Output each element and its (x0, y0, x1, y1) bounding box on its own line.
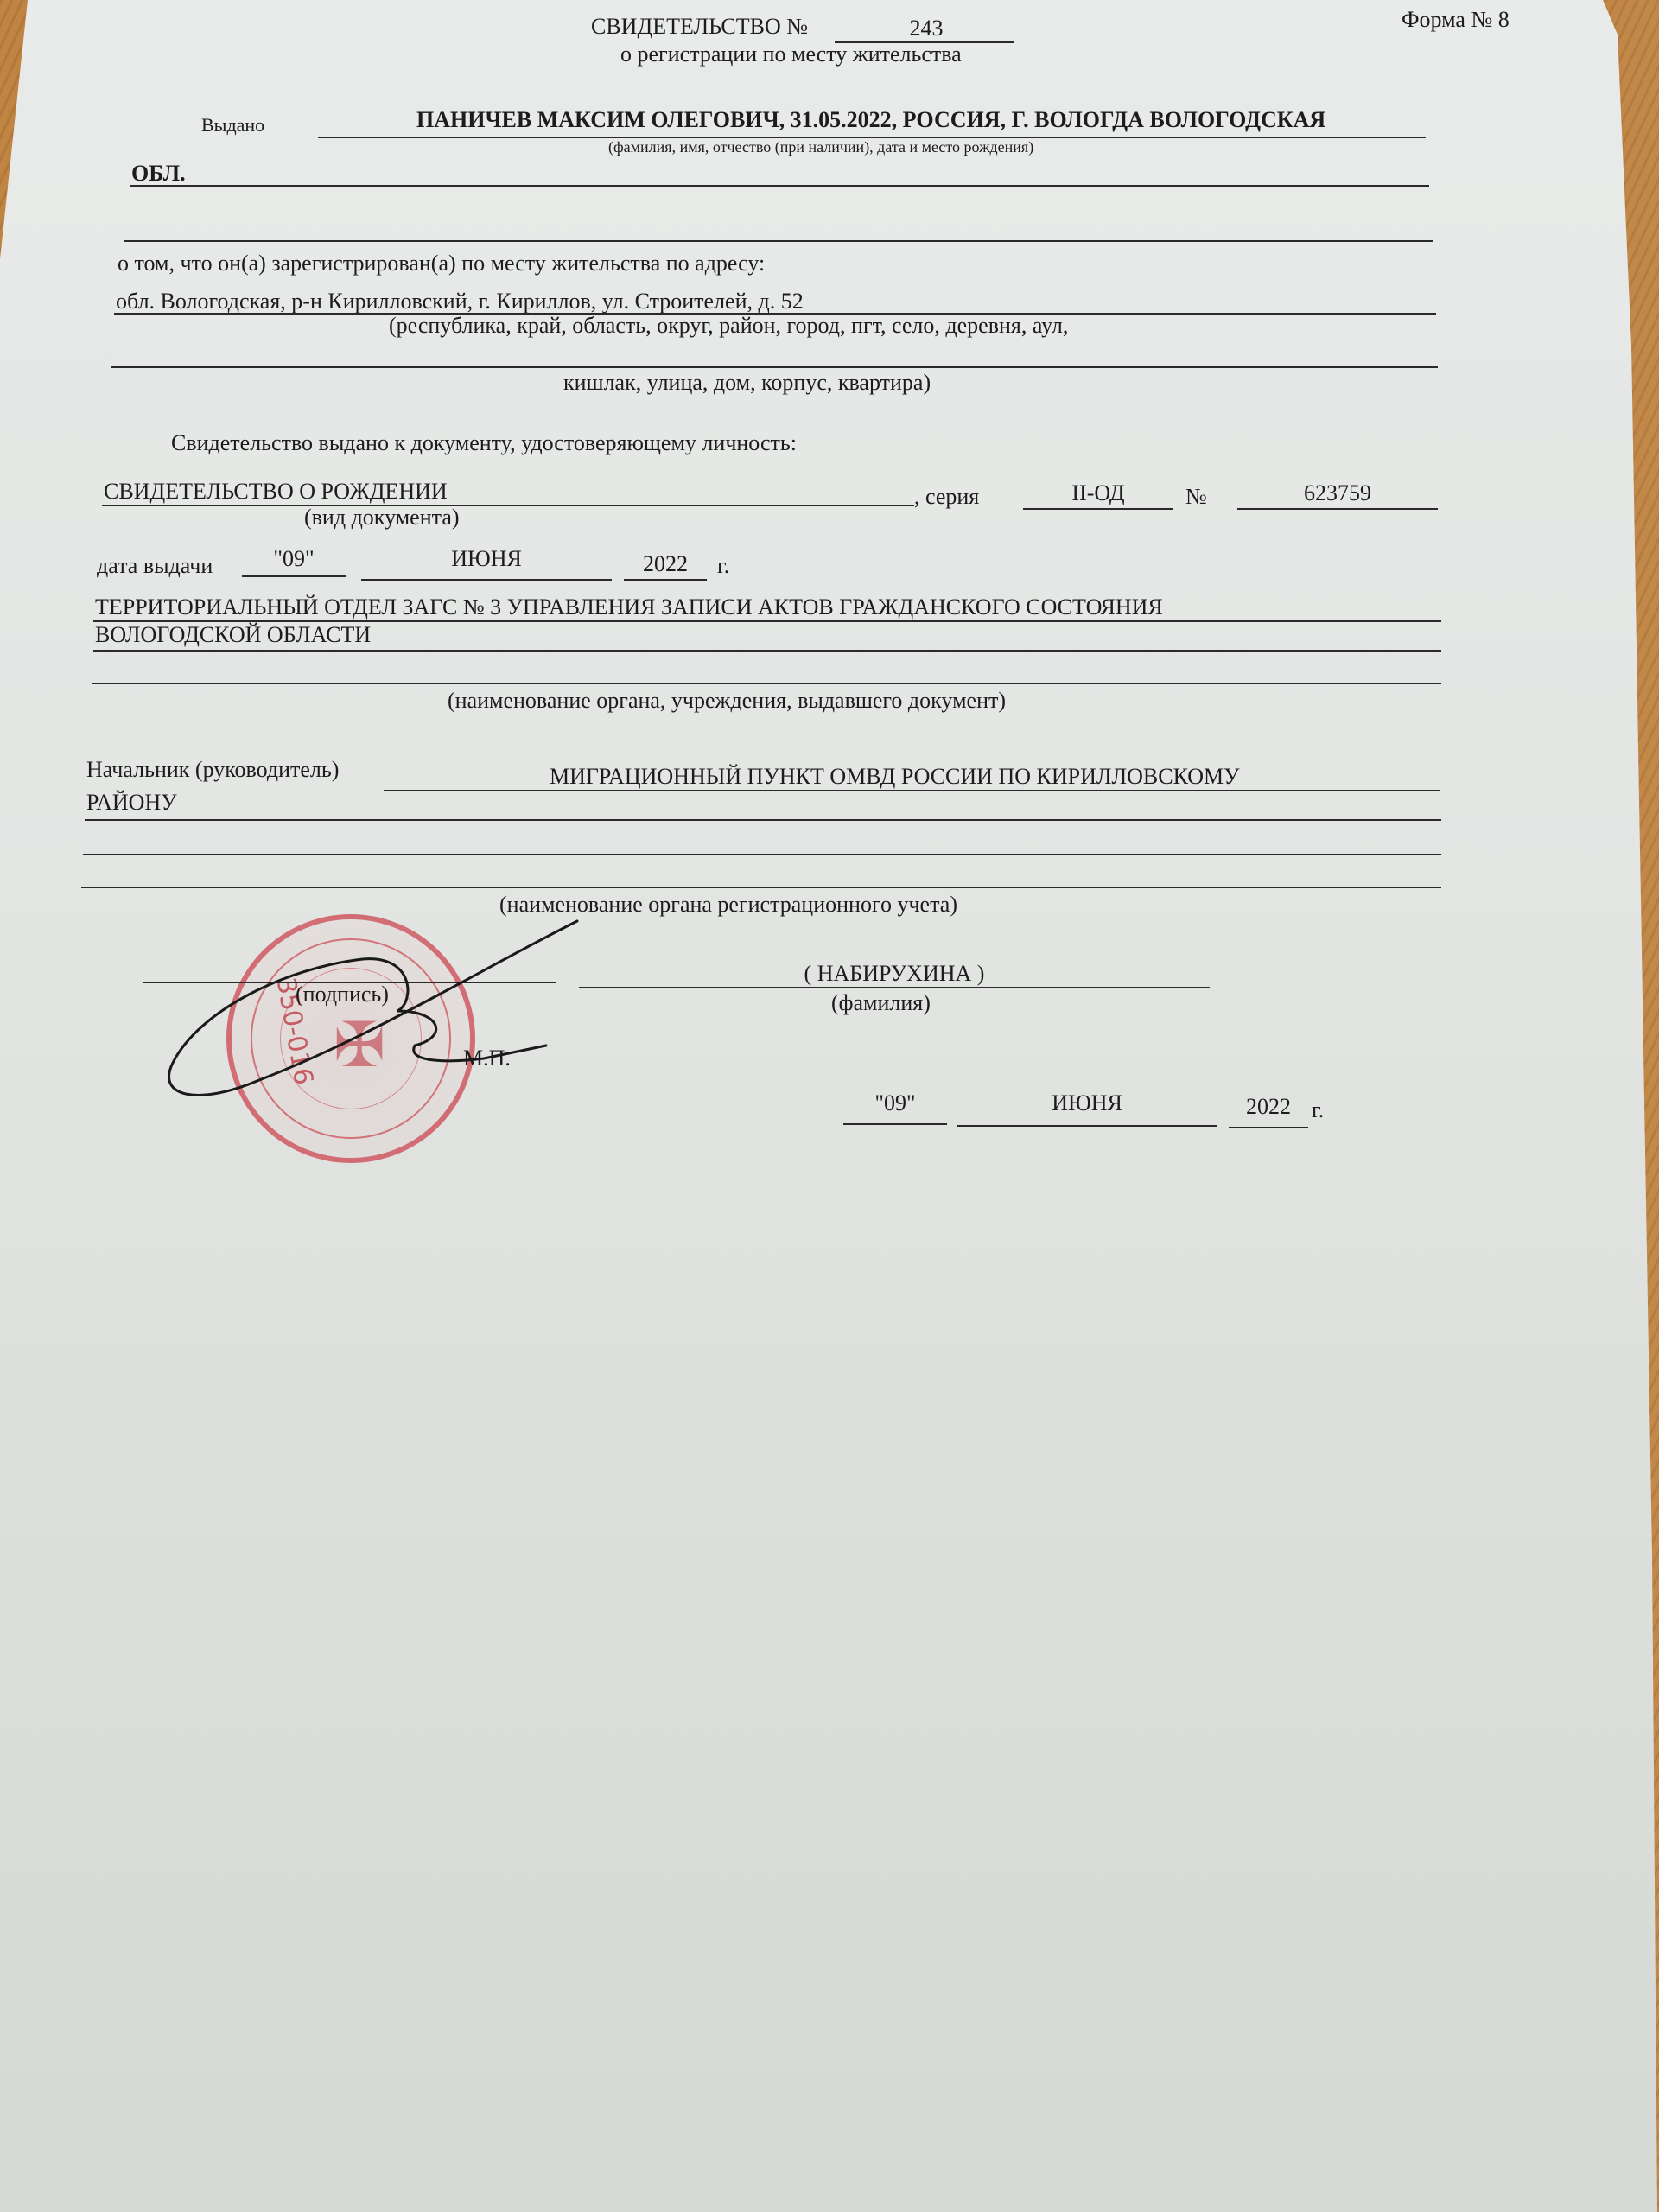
holder-caption: (фамилия, имя, отчество (при наличии), д… (608, 138, 1033, 156)
head-label: Начальник (руководитель) (86, 757, 339, 783)
holder-name-line2: ОБЛ. (131, 161, 186, 187)
issue-year-suffix: г. (717, 553, 729, 579)
address-caption-2: кишлак, улица, дом, корпус, квартира) (563, 370, 931, 396)
id-document-type-underline (102, 505, 914, 506)
sign-month: ИЮНЯ (957, 1090, 1217, 1116)
certificate-title: СВИДЕТЕЛЬСТВО № (591, 14, 808, 40)
registry-caption: (наименование органа регистрационного уч… (499, 892, 957, 918)
registered-statement: о том, что он(а) зарегистрирован(а) по м… (118, 251, 765, 276)
seal-place-label: М.П. (463, 1046, 511, 1071)
certificate-number: 243 (840, 16, 1013, 41)
form-label: Форма № 8 (1402, 7, 1510, 33)
certificate-subtitle: о регистрации по месту жительства (620, 41, 962, 67)
issuer-underline-2 (93, 650, 1441, 652)
number-value: 623759 (1237, 480, 1438, 506)
issuer-underline-3 (92, 683, 1441, 684)
signature-caption: (подпись) (296, 982, 389, 1007)
registry-line1: МИГРАЦИОННЫЙ ПУНКТ ОМВД РОССИИ ПО КИРИЛЛ… (550, 764, 1240, 790)
surname-value: ( НАБИРУХИНА ) (579, 961, 1210, 987)
issue-year: 2022 (624, 551, 707, 577)
address-value: обл. Вологодская, р-н Кирилловский, г. К… (116, 289, 804, 315)
series-label: , серия (914, 484, 979, 510)
holder-underline-2 (130, 185, 1429, 187)
registry-underline-4 (81, 887, 1441, 888)
issuer-line2: ВОЛОГОДСКОЙ ОБЛАСТИ (95, 622, 371, 648)
issuer-line1: ТЕРРИТОРИАЛЬНЫЙ ОТДЕЛ ЗАГС № 3 УПРАВЛЕНИ… (95, 594, 1163, 620)
series-underline (1023, 508, 1173, 510)
double-headed-eagle-icon: ✠ (321, 1004, 397, 1087)
series-value: II-ОД (1023, 480, 1173, 506)
issue-month: ИЮНЯ (361, 546, 612, 572)
issue-day-underline (242, 575, 346, 577)
sign-year-suffix: г. (1312, 1097, 1324, 1123)
id-document-intro: Свидетельство выдано к документу, удосто… (171, 430, 797, 456)
holder-name-line1: ПАНИЧЕВ МАКСИМ ОЛЕГОВИЧ, 31.05.2022, РОС… (416, 107, 1325, 133)
surname-caption: (фамилия) (831, 990, 931, 1016)
sign-year: 2022 (1229, 1094, 1308, 1120)
sign-day: "09" (843, 1090, 947, 1116)
holder-underline-3 (124, 240, 1433, 242)
issue-date-label: дата выдачи (97, 553, 213, 579)
registry-line2: РАЙОНУ (86, 790, 177, 816)
registry-underline-2 (85, 819, 1441, 821)
number-underline (1237, 508, 1438, 510)
issued-to-label: Выдано (201, 114, 264, 137)
sign-year-underline (1229, 1127, 1308, 1128)
id-document-type-caption: (вид документа) (304, 505, 460, 531)
surname-underline (579, 987, 1210, 988)
issue-year-underline (624, 579, 707, 581)
sign-day-underline (843, 1123, 947, 1125)
issue-month-underline (361, 579, 612, 581)
registry-underline-1 (384, 790, 1440, 791)
registry-underline-3 (83, 854, 1441, 855)
issue-day: "09" (242, 546, 346, 572)
certificate-paper: СВИДЕТЕЛЬСТВО № 243 Форма № 8 о регистра… (0, 0, 1659, 2212)
official-seal-stamp: 350-016 ✠ (226, 914, 475, 1163)
sign-month-underline (957, 1125, 1217, 1127)
address-caption-1: (республика, край, область, округ, район… (389, 313, 1068, 339)
number-label: № (1185, 484, 1207, 510)
id-document-type: СВИДЕТЕЛЬСТВО О РОЖДЕНИИ (104, 479, 448, 505)
issuer-caption: (наименование органа, учреждения, выдавш… (448, 688, 1006, 714)
address-underline-2 (111, 366, 1438, 368)
